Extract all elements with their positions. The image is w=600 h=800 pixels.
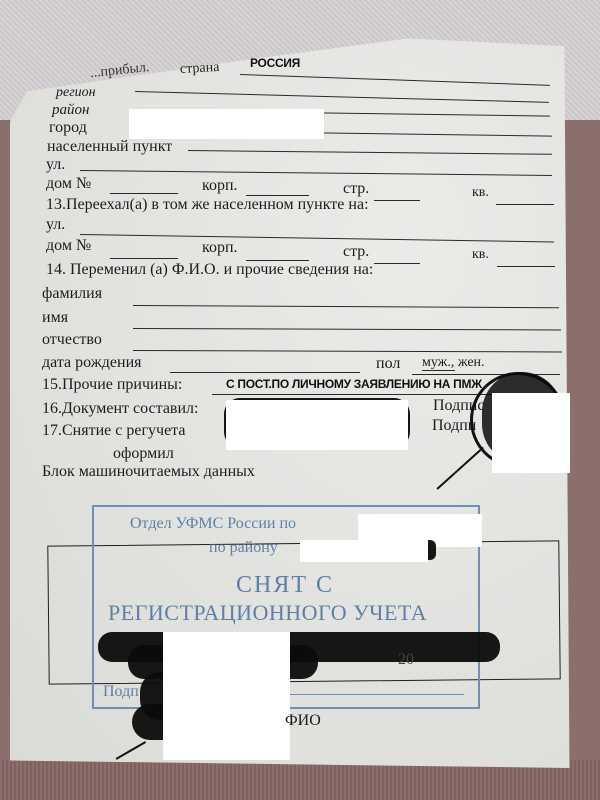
settlement-label: населенный пункт bbox=[47, 139, 172, 155]
machine-block-label: Блок машиночитаемых данных bbox=[42, 464, 255, 480]
section-13-apartment-line bbox=[497, 266, 555, 267]
birthdate-line bbox=[170, 372, 360, 373]
street-label: ул. bbox=[46, 157, 65, 173]
house-line bbox=[110, 193, 178, 194]
section-13-structure-line bbox=[374, 263, 420, 264]
surname-label: фамилия bbox=[42, 286, 102, 302]
section-13-house-label: дом № bbox=[46, 238, 91, 254]
fio-label: ФИО bbox=[285, 713, 321, 729]
redacted-city bbox=[129, 109, 324, 139]
house-label: дом № bbox=[46, 176, 91, 192]
structure-label: стр. bbox=[343, 181, 369, 197]
birthdate-label: дата рождения bbox=[42, 355, 142, 371]
stamp-line1: Отдел УФМС России по bbox=[130, 516, 296, 532]
redacted-stamp-signature bbox=[163, 632, 290, 760]
section-13-structure-label: стр. bbox=[343, 244, 369, 260]
stamp-date-suffix: 20 bbox=[398, 652, 414, 668]
sex-options: муж., жен. bbox=[422, 356, 485, 370]
stamp-line3: СНЯТ С bbox=[236, 573, 334, 597]
name-label: имя bbox=[42, 310, 68, 326]
section-15-value: С ПОСТ.ПО ЛИЧНОМУ ЗАЯВЛЕНИЮ НА ПМЖ bbox=[226, 377, 482, 391]
district-label: район bbox=[52, 103, 89, 118]
apartment-line bbox=[496, 204, 554, 205]
section-13-title: 13.Переехал(а) в том же населенном пункт… bbox=[46, 197, 369, 213]
section-13-house-line bbox=[110, 258, 178, 259]
section-13-building-label: корп. bbox=[202, 240, 238, 256]
section-17-label-line1: 17.Снятие с регучета bbox=[42, 423, 185, 439]
redacted-stamp-district bbox=[300, 540, 428, 562]
section-17-label-line2: оформил bbox=[113, 446, 174, 462]
stamp-signature-label: Подп bbox=[103, 684, 139, 700]
apartment-label: кв. bbox=[472, 186, 489, 200]
building-label: корп. bbox=[202, 178, 238, 194]
section-13-apartment-label: кв. bbox=[472, 248, 489, 262]
section-14-title: 14. Переменил (а) Ф.И.О. и прочие сведен… bbox=[46, 262, 373, 278]
sex-selected-underline bbox=[422, 370, 455, 371]
stamp-line2: по району bbox=[209, 540, 278, 556]
structure-line bbox=[374, 200, 420, 201]
stamp-line4: РЕГИСТРАЦИОННОГО УЧЕТА bbox=[108, 602, 427, 624]
patronymic-label: отчество bbox=[42, 332, 102, 348]
city-label: город bbox=[49, 120, 87, 136]
redacted-official-name bbox=[226, 400, 408, 450]
section-15-label: 15.Прочие причины: bbox=[42, 377, 182, 393]
country-value: РОССИЯ bbox=[250, 56, 300, 70]
section-16-label: 16.Документ составил: bbox=[42, 401, 198, 417]
country-label: страна bbox=[180, 61, 220, 77]
region-label: регион bbox=[56, 86, 96, 100]
redacted-signature bbox=[492, 393, 570, 473]
sex-label: пол bbox=[376, 356, 400, 372]
section-13-street-label: ул. bbox=[46, 217, 65, 233]
